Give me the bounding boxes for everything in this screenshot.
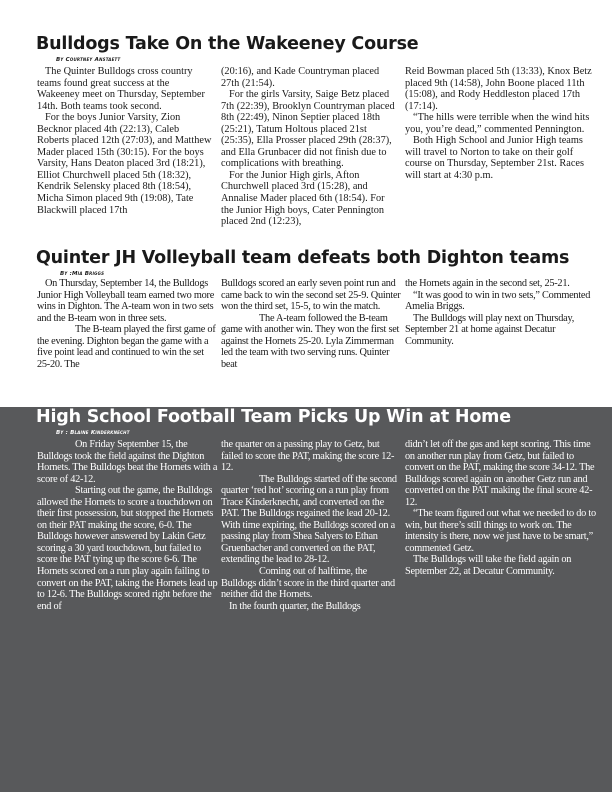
paragraph: On Thursday, September 14, the Bulldogs … xyxy=(37,278,219,324)
byline: By Courtney Anstaett xyxy=(56,57,121,63)
headline: Quinter JH Volleyball team defeats both … xyxy=(36,248,569,268)
paragraph: the Hornets again in the second set, 25-… xyxy=(405,278,595,290)
paragraph: Both High School and Junior High teams w… xyxy=(405,135,595,181)
column-1: On Friday September 15, the Bulldogs too… xyxy=(37,439,219,612)
paragraph: For the boys Junior Varsity, Zion Beckno… xyxy=(37,112,213,216)
column-2: (20:16), and Kade Countryman placed 27th… xyxy=(221,66,397,228)
article-cross-country: Bulldogs Take On the Wakeeney Course By … xyxy=(0,0,612,245)
byline: By : Blaine Kinderknecht xyxy=(56,430,130,436)
column-1: On Thursday, September 14, the Bulldogs … xyxy=(37,278,219,370)
column-3: Reid Bowman placed 5th (13:33), Knox Bet… xyxy=(405,66,595,181)
paragraph: Coming out of halftime, the Bulldogs did… xyxy=(221,566,403,601)
column-2: Bulldogs scored an early seven point run… xyxy=(221,278,401,370)
column-3: the Hornets again in the second set, 25-… xyxy=(405,278,595,347)
paragraph: The Quinter Bulldogs cross country teams… xyxy=(37,66,213,112)
article-football: High School Football Team Picks Up Win a… xyxy=(0,407,612,792)
paragraph: For the girls Varsity, Saige Betz placed… xyxy=(221,89,397,170)
paragraph: The A-team followed the B-team game with… xyxy=(221,313,401,371)
headline: Bulldogs Take On the Wakeeney Course xyxy=(36,34,418,54)
paragraph: The B-team played the first game of the … xyxy=(37,324,219,370)
article-volleyball: Quinter JH Volleyball team defeats both … xyxy=(0,245,612,395)
paragraph: “The hills were terrible when the wind h… xyxy=(405,112,595,135)
paragraph: The Bulldogs will take the field again o… xyxy=(405,554,597,577)
paragraph: Starting out the game, the Bulldogs allo… xyxy=(37,485,219,612)
paragraph: The Bulldogs started off the second quar… xyxy=(221,474,403,566)
column-3: didn’t let off the gas and kept scoring.… xyxy=(405,439,597,578)
column-2: the quarter on a passing play to Getz, b… xyxy=(221,439,403,612)
paragraph: didn’t let off the gas and kept scoring.… xyxy=(405,439,597,508)
paragraph: Bulldogs scored an early seven point run… xyxy=(221,278,401,313)
paragraph: the quarter on a passing play to Getz, b… xyxy=(221,439,403,474)
paragraph: (20:16), and Kade Countryman placed 27th… xyxy=(221,66,397,89)
paragraph: In the fourth quarter, the Bulldogs xyxy=(221,601,403,613)
headline: High School Football Team Picks Up Win a… xyxy=(36,407,511,427)
paragraph: For the Junior High girls, Afton Churchw… xyxy=(221,170,397,228)
paragraph: The Bulldogs will play next on Thursday,… xyxy=(405,313,595,348)
paragraph: “It was good to win in two sets,” Commen… xyxy=(405,290,595,313)
paragraph: Reid Bowman placed 5th (13:33), Knox Bet… xyxy=(405,66,595,112)
column-1: The Quinter Bulldogs cross country teams… xyxy=(37,66,213,216)
paragraph: “The team figured out what we needed to … xyxy=(405,508,597,554)
byline: By :Mia Briggs xyxy=(60,271,104,277)
paragraph: On Friday September 15, the Bulldogs too… xyxy=(37,439,219,485)
